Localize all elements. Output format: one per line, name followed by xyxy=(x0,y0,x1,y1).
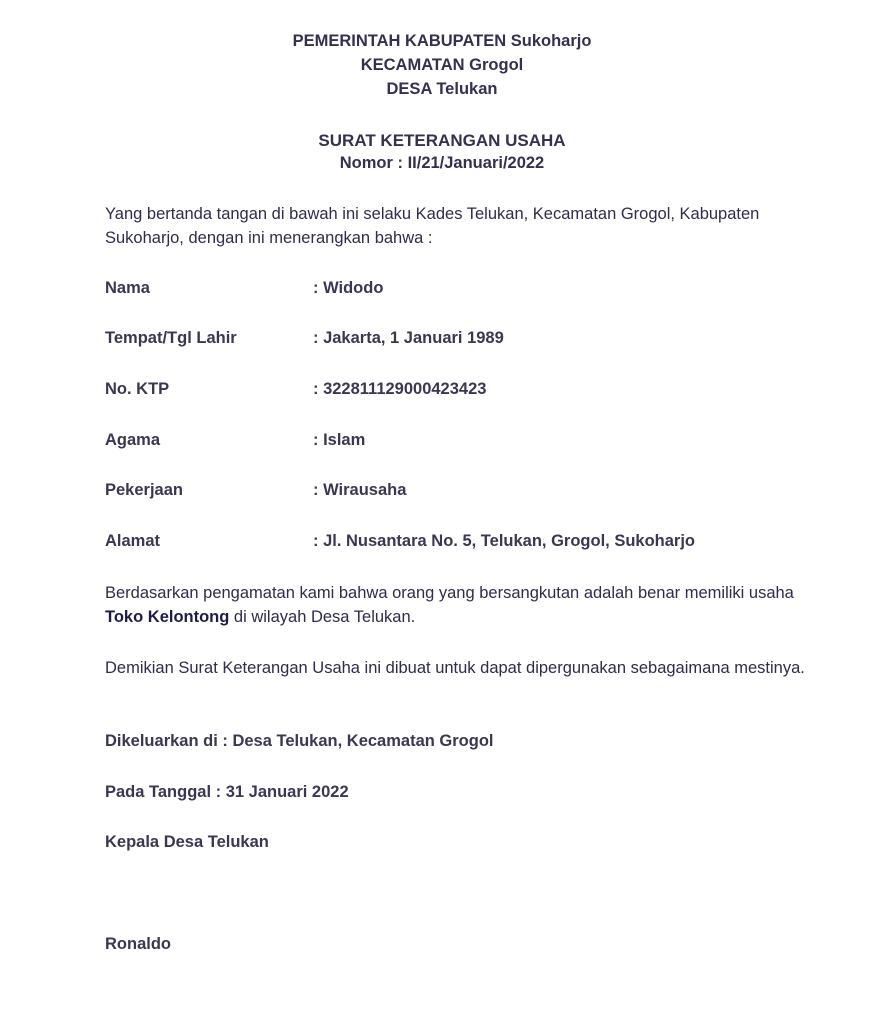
field-label: Pekerjaan xyxy=(105,481,183,500)
field-label: No. KTP xyxy=(105,380,169,399)
issue-date: Pada Tanggal : 31 Januari 2022 xyxy=(105,783,349,802)
field-label: Tempat/Tgl Lahir xyxy=(105,329,237,348)
intro-paragraph: Yang bertanda tangan di bawah ini selaku… xyxy=(105,202,805,250)
issued-at: Dikeluarkan di : Desa Telukan, Kecamatan… xyxy=(105,732,493,751)
field-value: : Widodo xyxy=(313,279,383,298)
statement-paragraph: Berdasarkan pengamatan kami bahwa orang … xyxy=(105,581,805,629)
statement-text: Berdasarkan pengamatan kami bahwa orang … xyxy=(105,584,794,602)
header-district: KECAMATAN Grogol xyxy=(0,56,884,75)
business-name: Toko Kelontong xyxy=(105,608,229,626)
field-value: : Jakarta, 1 Januari 1989 xyxy=(313,329,504,348)
field-value: : 322811129000423423 xyxy=(313,380,486,399)
document-number: Nomor : II/21/Januari/2022 xyxy=(0,154,884,173)
document-title: SURAT KETERANGAN USAHA xyxy=(0,131,884,151)
signatory-title: Kepala Desa Telukan xyxy=(105,833,269,852)
field-label: Alamat xyxy=(105,532,160,551)
field-label: Nama xyxy=(105,279,150,298)
statement-text-end: di wilayah Desa Telukan. xyxy=(229,608,415,626)
field-value: : Wirausaha xyxy=(313,481,406,500)
header-village: DESA Telukan xyxy=(0,80,884,99)
field-label: Agama xyxy=(105,431,160,450)
field-value: : Islam xyxy=(313,431,365,450)
field-value: : Jl. Nusantara No. 5, Telukan, Grogol, … xyxy=(313,532,695,551)
closing-paragraph: Demikian Surat Keterangan Usaha ini dibu… xyxy=(105,656,805,680)
header-regency: PEMERINTAH KABUPATEN Sukoharjo xyxy=(0,32,884,51)
signatory-name: Ronaldo xyxy=(105,935,171,954)
